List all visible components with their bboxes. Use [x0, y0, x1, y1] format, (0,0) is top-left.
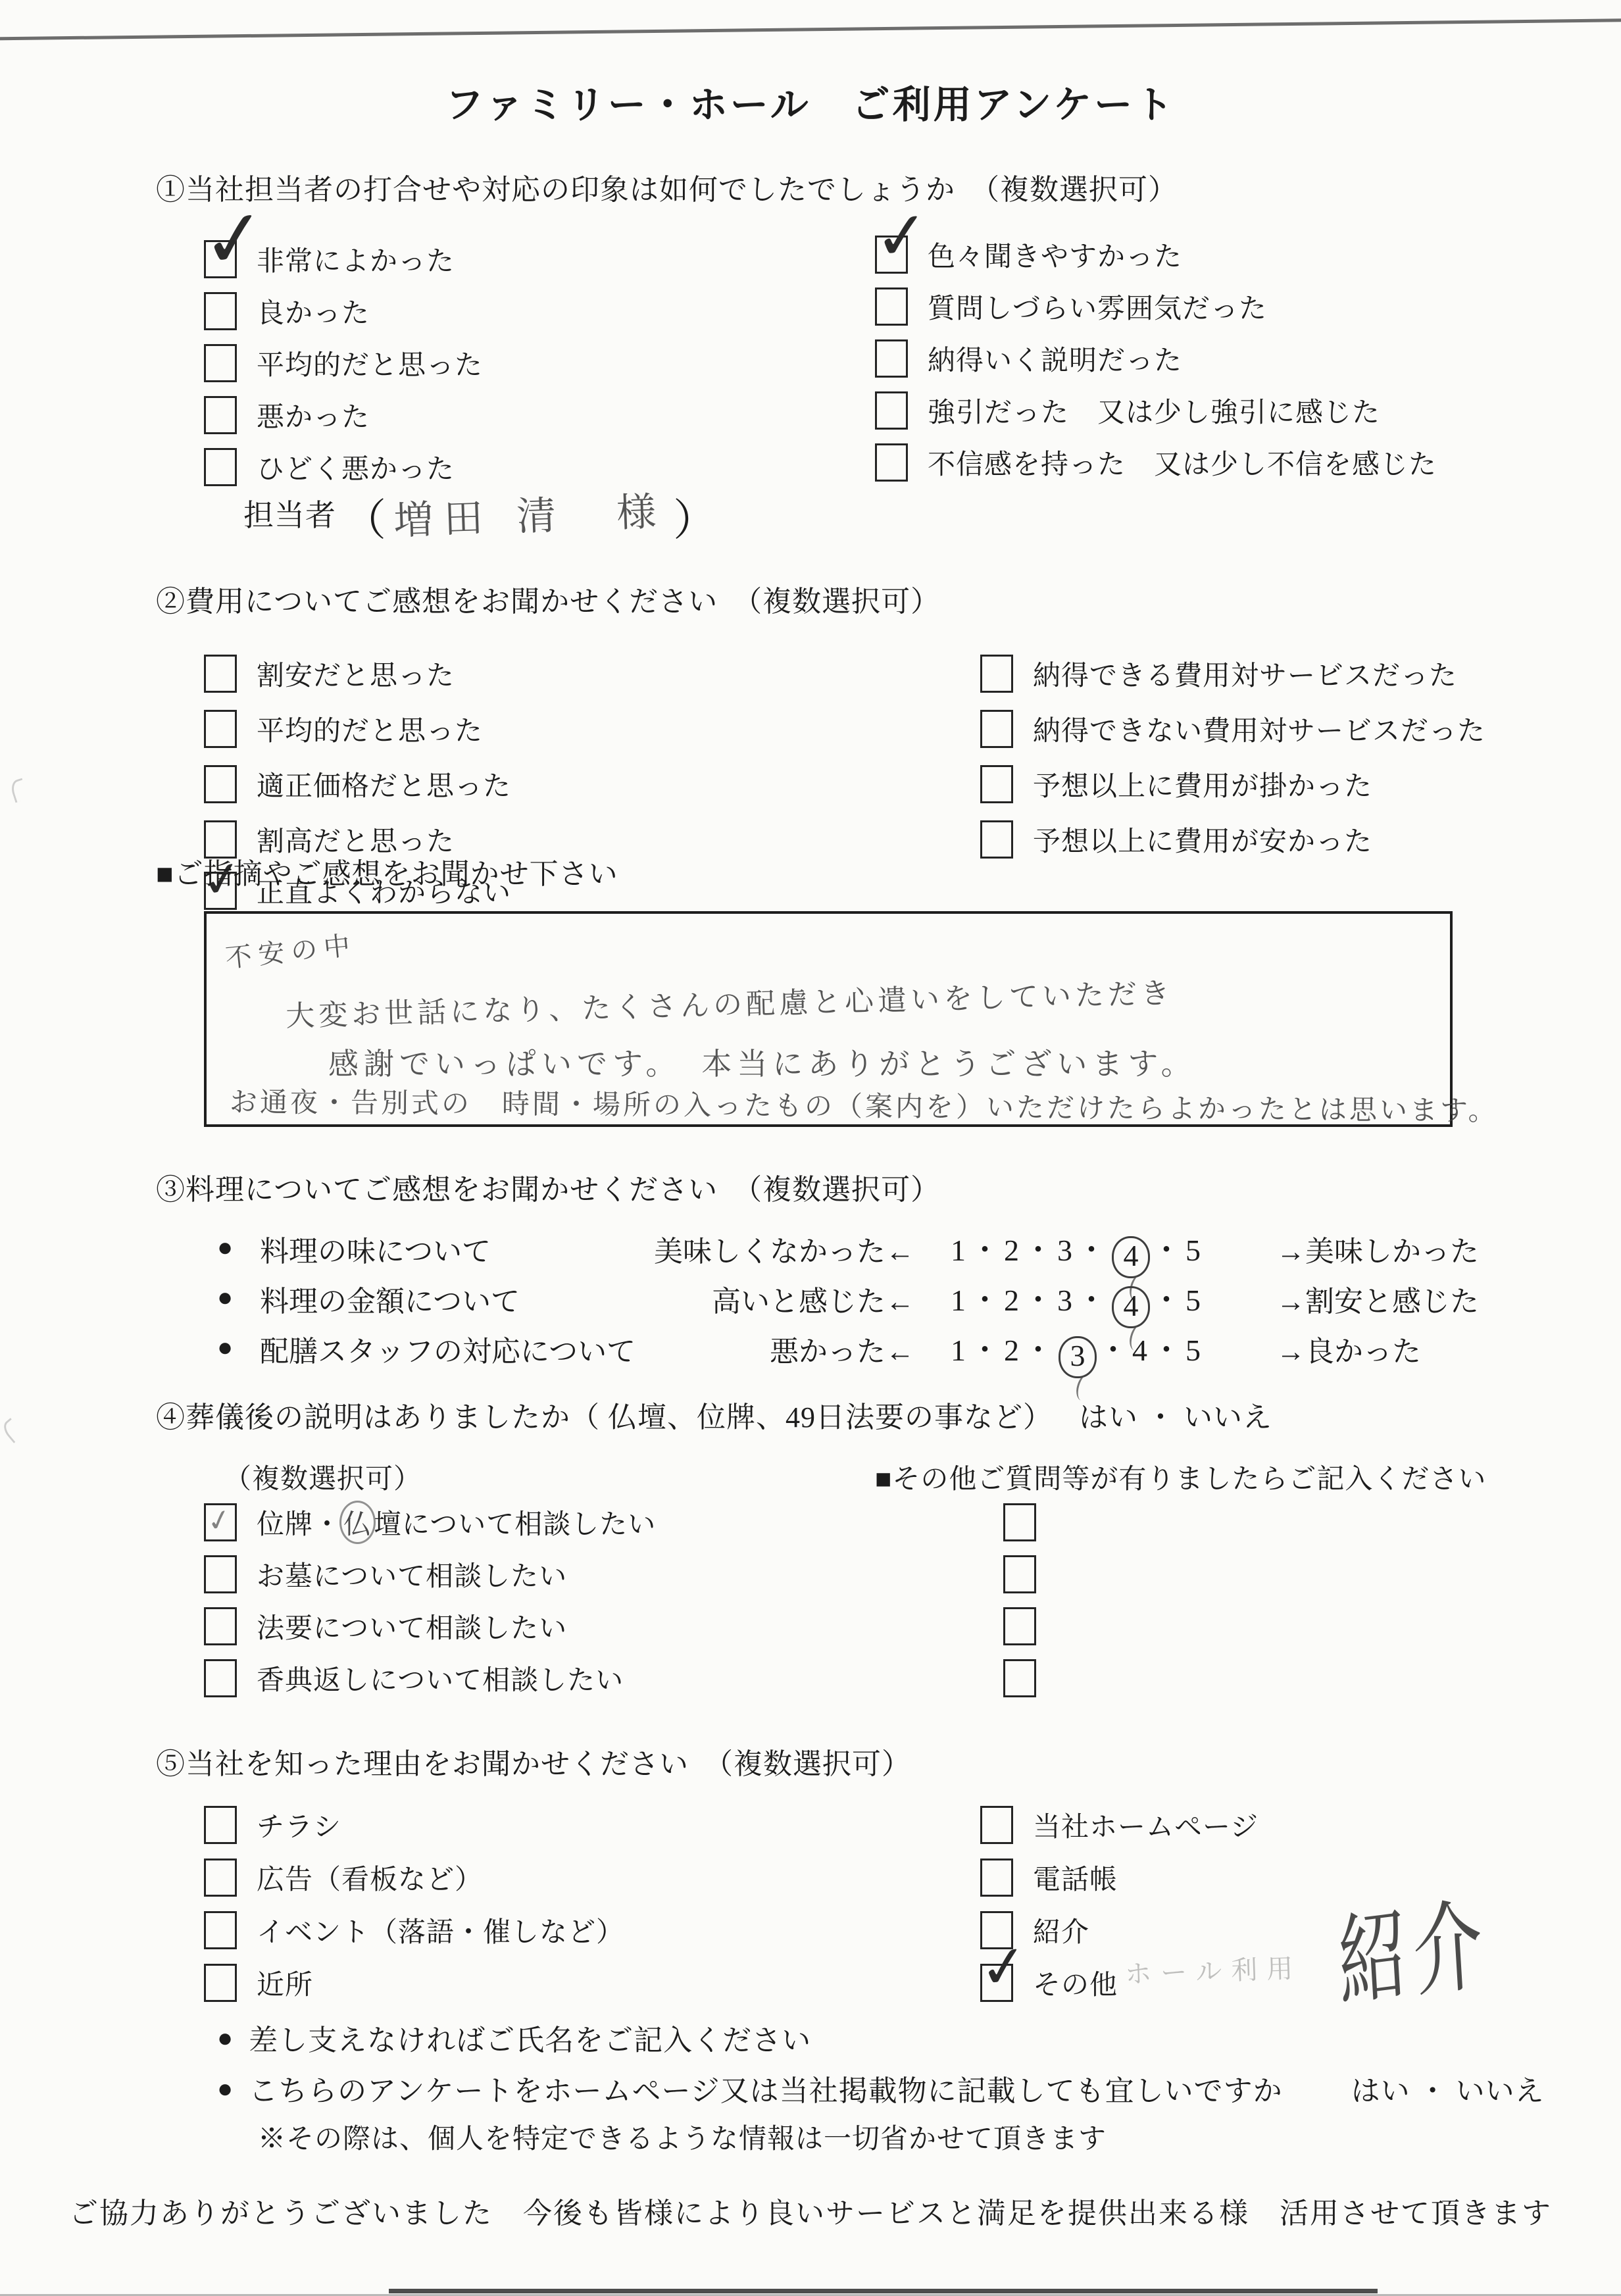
q3-rating-scale[interactable]: 1・2・3・4・5	[951, 1276, 1205, 1328]
comments-heading: ■ご指摘やご感想をお聞かせ下さい	[156, 850, 618, 892]
checkbox-q1-good[interactable]	[204, 292, 237, 330]
checkbox-q5-event[interactable]	[204, 1911, 237, 1949]
footer-thanks: ご協力ありがとうございました 今後も皆様により良いサービスと満足を提供出来る様 …	[0, 2189, 1621, 2232]
bullet-icon: ●	[217, 1282, 233, 1312]
checkbox-q4-other-4[interactable]	[1003, 1659, 1036, 1697]
paren-open: （	[343, 485, 387, 547]
q2-option-row: 予想以上に費用が安かった	[980, 820, 1372, 859]
checkbox-q1-convincing[interactable]	[875, 339, 908, 378]
checkbox-q5-website[interactable]	[980, 1806, 1013, 1844]
checkbox-q2-average[interactable]	[204, 710, 237, 748]
q1-option-row: ✓ 非常によかった	[204, 240, 455, 278]
q1-option-row: 強引だった 又は少し強引に感じた	[875, 391, 1380, 430]
bullet-icon: ●	[217, 2022, 233, 2053]
option-label: 平均的だと思った	[257, 709, 483, 749]
q4-other-row	[1003, 1607, 1036, 1645]
q4-multi-select-note: （複数選択可）	[224, 1457, 422, 1497]
selected-rating-circle[interactable]: 4	[1112, 1236, 1150, 1278]
option-label: 香典返しについて相談したい	[257, 1659, 624, 1698]
handwritten-comment-line: 大変お世話になり、たくさんの配慮と心遣いをしていただき	[285, 969, 1174, 1034]
q5-option-row: 近所	[204, 1964, 313, 2002]
handwritten-comment-line: 感謝でいっぱいです。 本当にありがとうございます。	[328, 1040, 1197, 1084]
q1-option-row: 納得いく説明だった	[875, 339, 1182, 378]
q2-option-row: 納得できる費用対サービスだった	[980, 655, 1457, 693]
checkbox-q4-other-3[interactable]	[1003, 1607, 1036, 1645]
checkbox-q4-memorial-service[interactable]	[204, 1607, 237, 1645]
q3-scale-low-label: 美味しくなかった←	[572, 1228, 914, 1270]
page-title: ファミリー・ホール ご利用アンケート	[0, 74, 1621, 129]
option-label: 当社ホームページ	[1033, 1805, 1259, 1845]
q2-option-row: 予想以上に費用が掛かった	[980, 765, 1372, 803]
checkbox-q2-cheap[interactable]	[204, 655, 237, 693]
checkbox-q4-ihai-butsudan[interactable]: ✓	[204, 1503, 237, 1541]
scan-artifact-bottom-line	[389, 2289, 1378, 2293]
pen-circle-annotation: 仏	[339, 1501, 376, 1544]
staff-label: 担当者	[243, 491, 336, 535]
q3-rating-scale[interactable]: 1・2・3・4・5	[951, 1326, 1205, 1378]
handwritten-comment-line: お通夜・告別式の 時間・場所の入ったもの（案内を）いただけたらよかったとは思いま…	[230, 1080, 1499, 1128]
q1-option-row: 悪かった	[204, 396, 370, 434]
scanned-survey-page: ファミリー・ホール ご利用アンケート ①当社担当者の打合せや対応の印象は如何でし…	[0, 0, 1621, 2296]
checkbox-q5-other[interactable]: ✓	[980, 1964, 1013, 2002]
q1-option-row: 平均的だと思った	[204, 344, 483, 382]
q4-option-row: 香典返しについて相談したい	[204, 1659, 624, 1697]
handwritten-comment-line: 不安の中	[224, 924, 359, 976]
bullet-icon: ●	[217, 1232, 233, 1262]
scale-numbers: 1・2・3・	[951, 1234, 1110, 1267]
checkbox-q1-average[interactable]	[204, 344, 237, 382]
q4-option-row: ✓ 位牌・仏壇について相談したい	[204, 1503, 656, 1541]
scale-numbers: ・5	[1151, 1284, 1205, 1317]
q1-option-row: 不信感を持った 又は少し不信を感じた	[875, 443, 1437, 482]
q4-other-row	[1003, 1659, 1036, 1697]
scale-numbers: ・5	[1151, 1234, 1205, 1267]
option-label: 平均的だと思った	[257, 343, 483, 383]
checkbox-q2-cost-over[interactable]	[980, 765, 1013, 803]
bullet-icon: ●	[217, 2073, 233, 2104]
scale-numbers: 1・2・	[951, 1334, 1057, 1367]
selected-rating-circle[interactable]: 4	[1112, 1286, 1150, 1328]
scale-numbers: ・4・5	[1098, 1334, 1205, 1367]
option-label: 不信感を持った 又は少し不信を感じた	[928, 443, 1437, 482]
comments-textarea[interactable]: 不安の中 大変お世話になり、たくさんの配慮と心遣いをしていただき 感謝でいっぱい…	[204, 911, 1453, 1127]
q4-other-row	[1003, 1503, 1036, 1541]
option-label: 良かった	[257, 291, 370, 331]
option-label: 悪かった	[257, 395, 370, 435]
option-label: チラシ	[257, 1805, 341, 1845]
closing-name-line: ● 差し支えなければご氏名をご記入ください	[217, 2018, 811, 2057]
checkbox-q1-very-bad[interactable]	[204, 448, 237, 486]
q3-scale-high-label: →美味しかった	[1276, 1228, 1479, 1270]
q1-option-row: 良かった	[204, 292, 370, 330]
checkbox-q2-cost-under[interactable]	[980, 820, 1013, 859]
check-mark: ✓	[205, 1505, 234, 1538]
staff-name-handwritten: 増田 清 様	[393, 480, 668, 546]
checkbox-q4-other-2[interactable]	[1003, 1555, 1036, 1593]
option-label: 割安だと思った	[257, 654, 455, 693]
option-label: 納得できない費用対サービスだった	[1033, 709, 1485, 749]
closing-yes-no-choice[interactable]: はい ・ いいえ	[1351, 2067, 1545, 2109]
q3-topic: 料理の味について	[260, 1228, 491, 1270]
option-label: 予想以上に費用が掛かった	[1033, 764, 1372, 804]
option-label: 色々聞きやすかった	[928, 235, 1182, 274]
q3-scale-high-label: →良かった	[1276, 1328, 1421, 1370]
handwritten-note-referral: 紹介	[1334, 1864, 1493, 2027]
q5-heading: ⑤当社を知った理由をお聞かせください （複数選択可）	[156, 1740, 911, 1782]
q3-rating-scale[interactable]: 1・2・3・4・5	[951, 1226, 1205, 1278]
q4-yes-no-choice[interactable]: はい ・ いいえ	[1079, 1393, 1272, 1435]
q2-option-row: 適正価格だと思った	[204, 765, 511, 803]
option-label: 質問しづらい雰囲気だった	[928, 287, 1267, 326]
closing-name-request: 差し支えなければご氏名をご記入ください	[249, 2016, 811, 2059]
option-label: 非常によかった	[257, 239, 455, 279]
q4-other-questions-heading: ■その他ご質問等が有りましたらご記入ください	[875, 1457, 1486, 1497]
option-label: 予想以上に費用が安かった	[1033, 820, 1372, 859]
checkbox-q1-distrust[interactable]	[875, 443, 908, 482]
checkbox-q2-value-not-ok[interactable]	[980, 710, 1013, 748]
closing-privacy-note: ※その際は、個人を特定できるような情報は一切省かせて頂きます	[258, 2117, 1107, 2157]
checkbox-q5-neighborhood[interactable]	[204, 1964, 237, 2002]
scan-artifact-mark	[9, 778, 28, 803]
closing-publish-request: こちらのアンケートをホームページ又は当社掲載物に記載しても宜しいですか	[249, 2067, 1282, 2109]
option-label: 法要について相談したい	[257, 1607, 567, 1646]
checkbox-q1-hard-to-ask[interactable]	[875, 287, 908, 326]
checkbox-q1-pushy[interactable]	[875, 391, 908, 430]
q3-scale-low-label: 悪かった←	[572, 1328, 914, 1370]
bullet-icon: ●	[217, 1332, 233, 1362]
option-label: 納得いく説明だった	[928, 339, 1182, 378]
q4-option-row: お墓について相談したい	[204, 1555, 567, 1593]
q2-heading: ②費用についてご感想をお聞かせください （複数選択可）	[156, 578, 940, 620]
option-label: お墓について相談したい	[257, 1555, 567, 1594]
q2-option-row: 納得できない費用対サービスだった	[980, 710, 1485, 748]
q2-option-row: 平均的だと思った	[204, 710, 483, 748]
handwritten-note-faint: ホール利用	[1124, 1947, 1303, 1991]
option-label: 紹介	[1033, 1910, 1089, 1950]
q1-heading: ①当社担当者の打合せや対応の印象は如何でしたでしょうか （複数選択可）	[156, 166, 1178, 208]
q5-option-row: 広告（看板など）	[204, 1859, 483, 1897]
q5-option-row: チラシ	[204, 1806, 341, 1844]
selected-rating-circle[interactable]: 3	[1059, 1336, 1097, 1378]
checkbox-q4-other-1[interactable]	[1003, 1503, 1036, 1541]
q3-heading: ③料理についてご感想をお聞かせください （複数選択可）	[156, 1166, 940, 1208]
check-mark: ✓	[872, 201, 932, 271]
option-label: 納得できる費用対サービスだった	[1033, 654, 1457, 693]
option-label: イベント（落語・催しなど）	[257, 1910, 624, 1950]
q3-scale-low-label: 高いと感じた←	[572, 1278, 914, 1320]
q5-option-row: 紹介	[980, 1911, 1089, 1949]
q5-option-row: 当社ホームページ	[980, 1806, 1259, 1844]
option-label: その他	[1033, 1963, 1118, 2003]
option-label: 電話帳	[1033, 1858, 1118, 1897]
q5-option-row: イベント（落語・催しなど）	[204, 1911, 624, 1949]
q1-option-row: 質問しづらい雰囲気だった	[875, 287, 1267, 326]
q1-option-row: ✓ 色々聞きやすかった	[875, 236, 1182, 274]
scan-artifact-top-line	[0, 18, 1621, 41]
closing-publish-line: ● こちらのアンケートをホームページ又は当社掲載物に記載しても宜しいですか はい…	[217, 2069, 1545, 2107]
checkbox-q5-ad[interactable]	[204, 1859, 237, 1897]
q4-heading: ④葬儀後の説明はありましたか（ 仏壇、位牌、49日法要の事など）	[156, 1393, 1053, 1435]
q5-option-row: ✓ その他	[980, 1964, 1118, 2002]
staff-line: 担当者 （ 増田 清 様 ）	[243, 480, 717, 546]
checkbox-q2-fair-price[interactable]	[204, 765, 237, 803]
q5-option-row: 電話帳	[980, 1859, 1118, 1897]
checkbox-q4-koden-gaeshi[interactable]	[204, 1659, 237, 1697]
option-label: 位牌・仏壇について相談したい	[257, 1501, 656, 1544]
q4-option-row: 法要について相談したい	[204, 1607, 567, 1645]
option-label: 近所	[257, 1963, 313, 2003]
q2-option-row: 割安だと思った	[204, 655, 455, 693]
q4-other-row	[1003, 1555, 1036, 1593]
option-label: 広告（看板など）	[257, 1858, 483, 1897]
checkbox-q1-very-good[interactable]: ✓	[204, 240, 237, 278]
scan-artifact-mark	[0, 1418, 24, 1443]
option-label: 適正価格だと思った	[257, 764, 511, 804]
checkbox-q1-easy-to-ask[interactable]: ✓	[875, 236, 908, 274]
checkbox-q5-phonebook[interactable]	[980, 1859, 1013, 1897]
checkbox-q4-grave[interactable]	[204, 1555, 237, 1593]
checkbox-q2-value-ok[interactable]	[980, 655, 1013, 693]
q3-topic: 料理の金額について	[260, 1278, 520, 1320]
option-label: 強引だった 又は少し強引に感じた	[928, 391, 1380, 430]
checkbox-q5-referral[interactable]	[980, 1911, 1013, 1949]
paren-close: ）	[673, 485, 717, 547]
q3-scale-high-label: →割安と感じた	[1276, 1278, 1479, 1320]
checkbox-q5-flyer[interactable]	[204, 1806, 237, 1844]
scale-numbers: 1・2・3・	[951, 1284, 1110, 1317]
checkbox-q1-bad[interactable]	[204, 396, 237, 434]
